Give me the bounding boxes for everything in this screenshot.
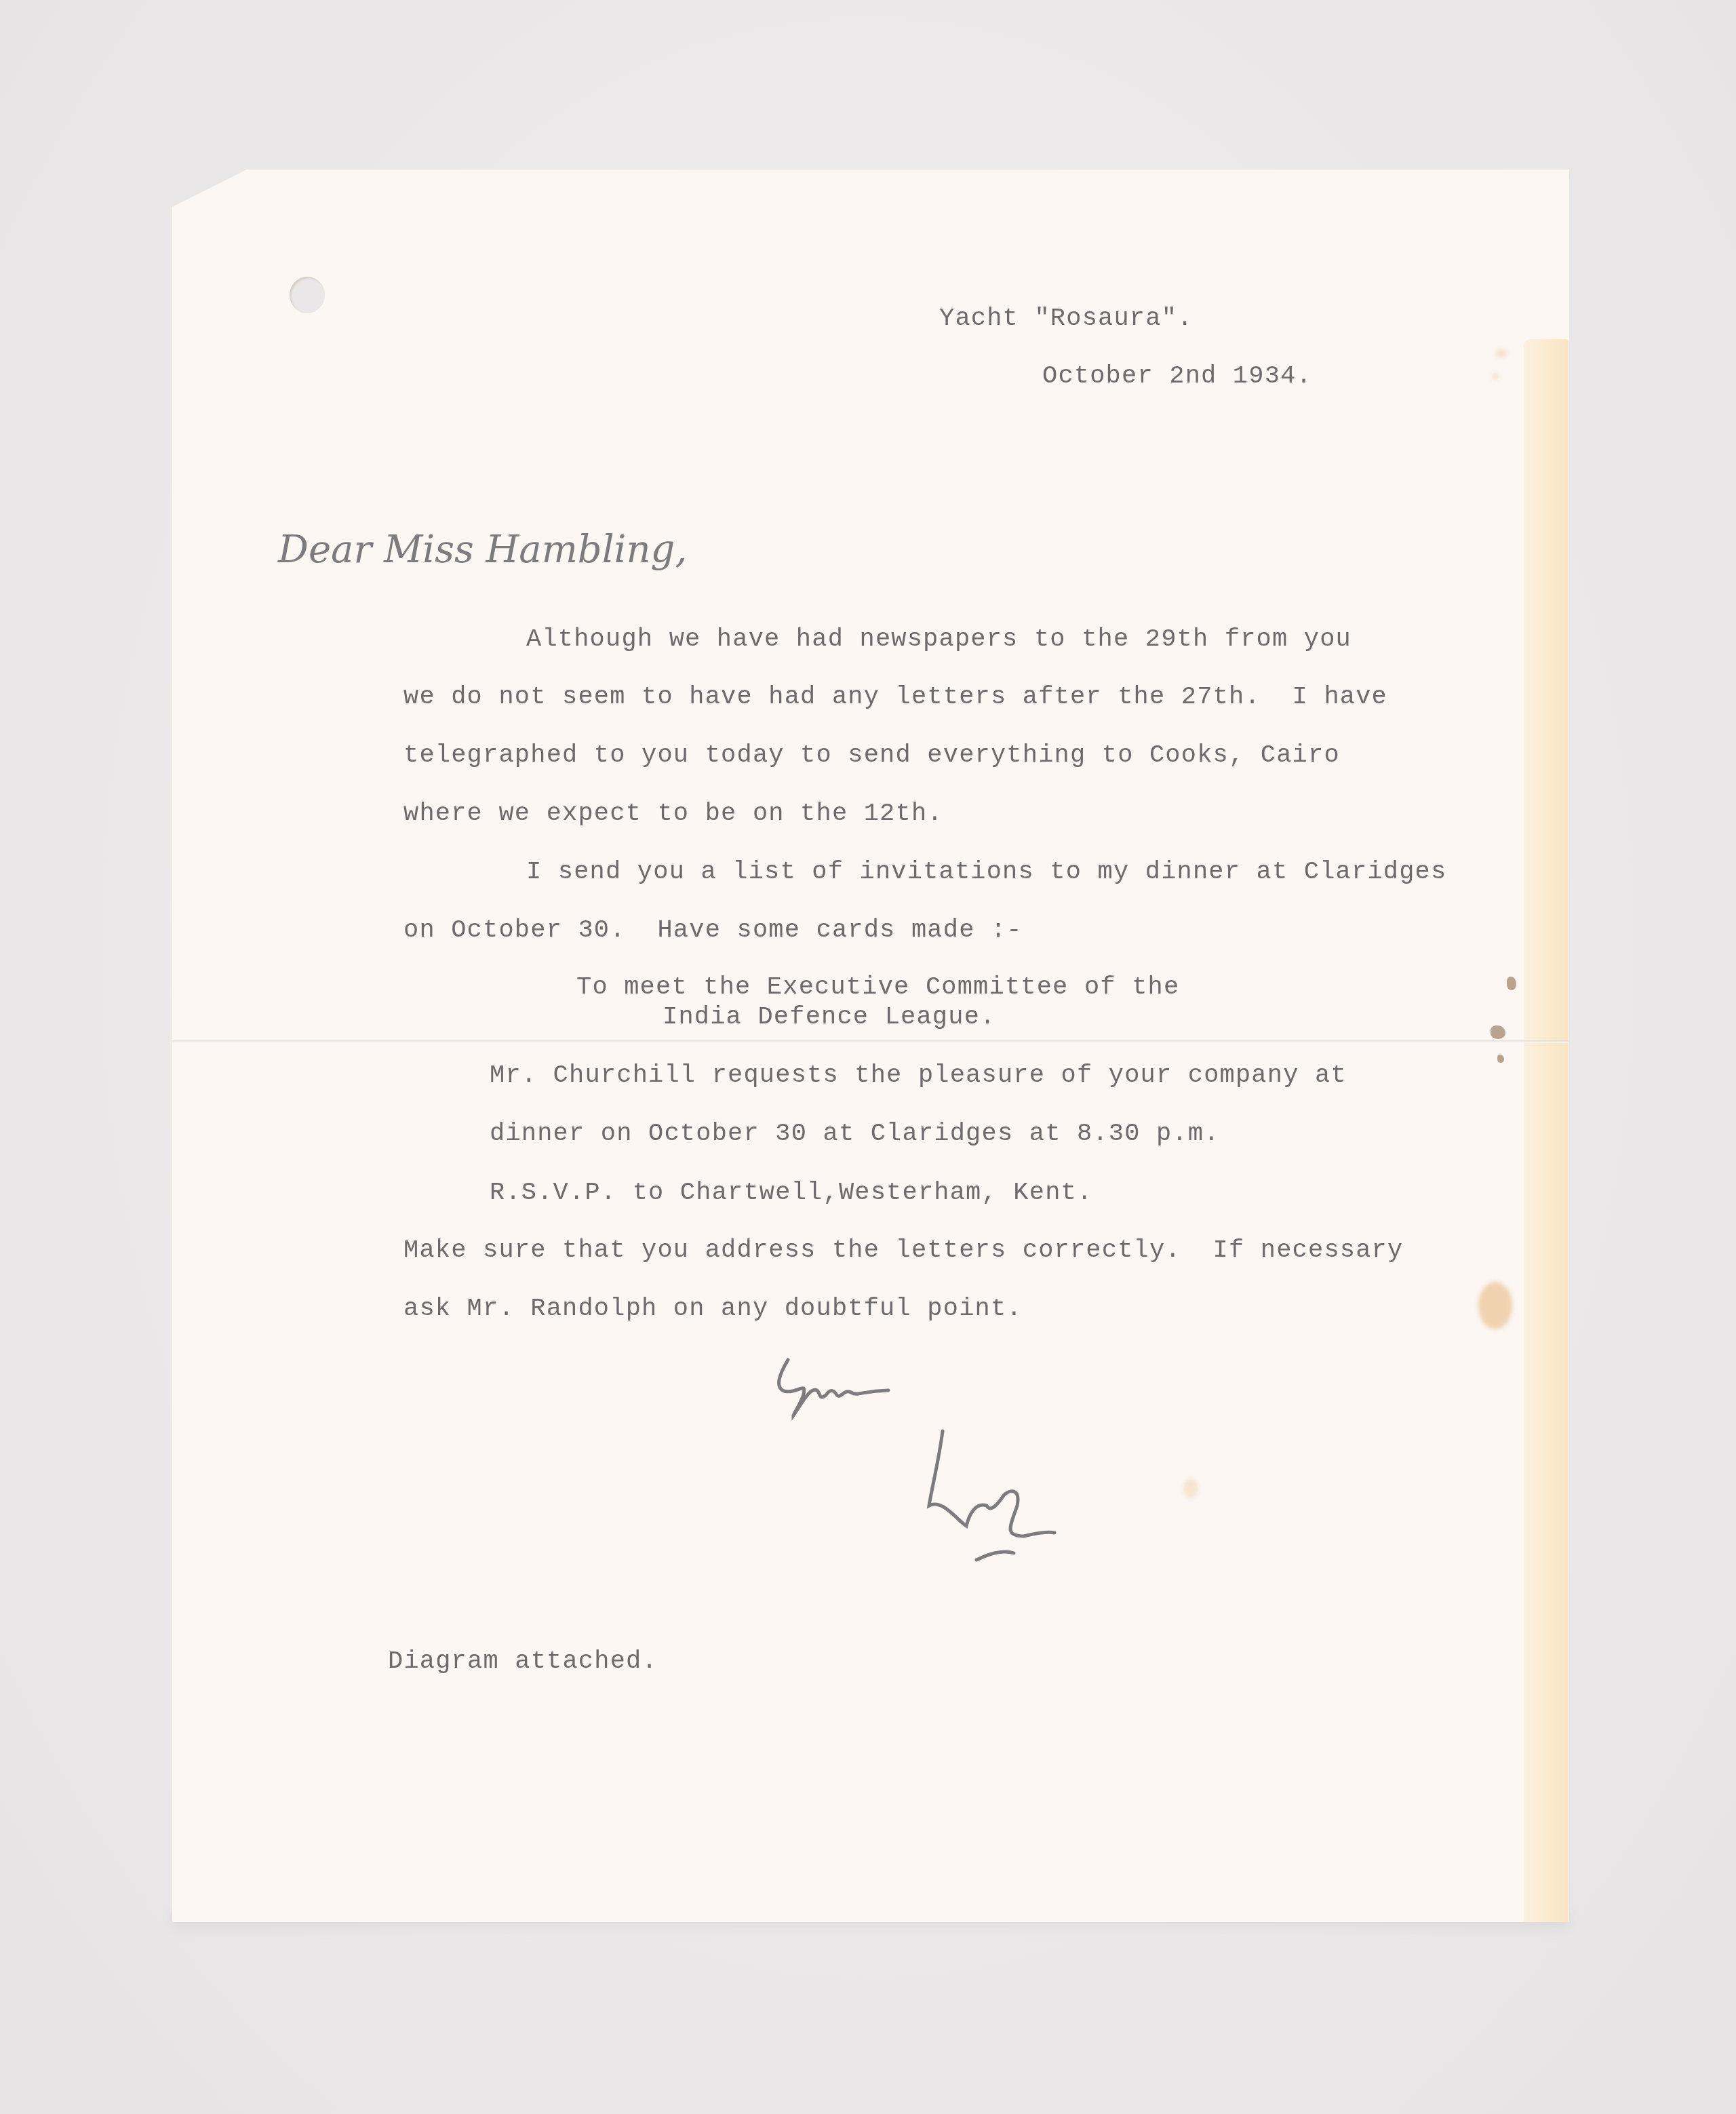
foxing-stain [1183, 1479, 1198, 1499]
card-text-line: R.S.V.P. to Chartwell,Westerham, Kent. [490, 1181, 1092, 1206]
card-text-line: dinner on October 30 at Claridges at 8.3… [490, 1122, 1220, 1147]
paper-tear [1491, 1025, 1505, 1039]
signature: WSC [902, 1424, 1078, 1580]
salutation: Dear Miss Hambling, [278, 528, 687, 572]
card-heading-line: India Defence League. [663, 1005, 995, 1030]
foxing-stain [1492, 373, 1499, 380]
letter-date: October 2nd 1934. [1042, 364, 1312, 389]
foxing-stain [1478, 1282, 1512, 1329]
body-line: telegraphed to you today to send everyth… [403, 743, 1340, 768]
closing-line: Make sure that you address the letters c… [403, 1238, 1403, 1264]
punch-hole [290, 277, 325, 313]
body-line: Although we have had newspapers to the 2… [526, 627, 1352, 652]
body-line: where we expect to be on the 12th. [403, 802, 943, 827]
paper-tear [1507, 977, 1516, 990]
valediction-handwriting: Yours [766, 1353, 929, 1434]
body-line: we do not seem to have had any letters a… [403, 685, 1387, 710]
paper-tear [1497, 1055, 1504, 1063]
card-heading-line: To meet the Executive Committee of the [576, 975, 1179, 1000]
discolored-edge-strip [1524, 339, 1569, 1922]
body-line: I send you a list of invitations to my d… [526, 860, 1446, 885]
letter-sheet [172, 170, 1569, 1922]
card-text-line: Mr. Churchill requests the pleasure of y… [490, 1063, 1347, 1089]
body-line: on October 30. Have some cards made :- [403, 918, 1023, 943]
closing-line: ask Mr. Randolph on any doubtful point. [403, 1297, 1023, 1322]
foxing-stain [1495, 349, 1507, 357]
postscript: Diagram attached. [388, 1649, 658, 1675]
letter-location: Yacht "Rosaura". [939, 307, 1193, 332]
fold-crease [172, 1040, 1569, 1043]
